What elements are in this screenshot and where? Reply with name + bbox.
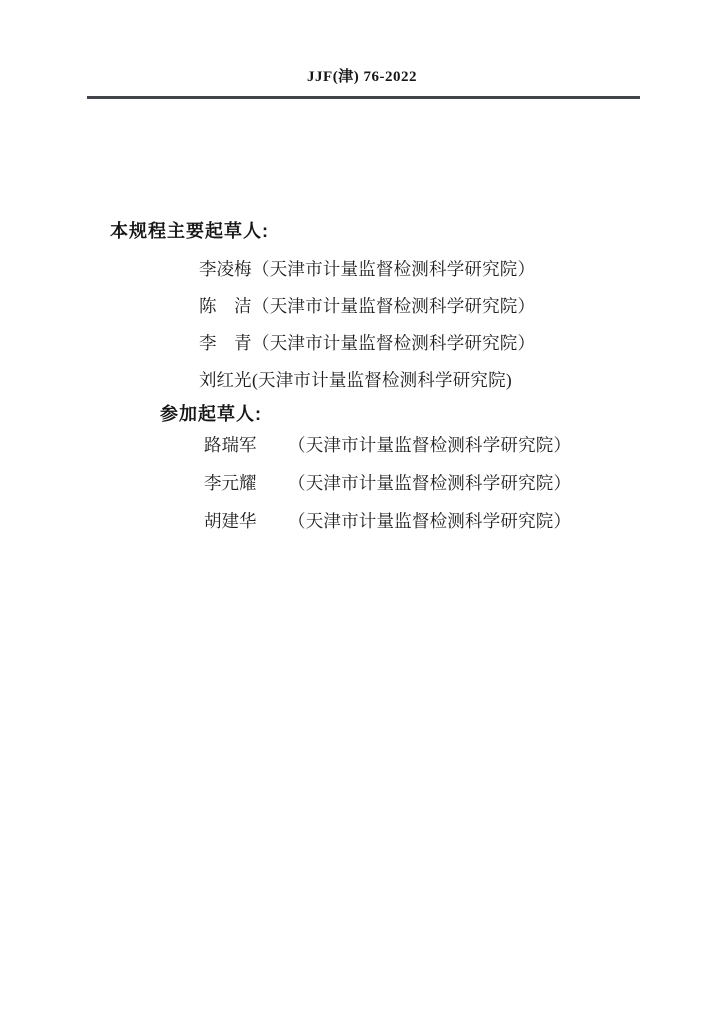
drafter-org: （天津市计量监督检测科学研究院）	[288, 511, 571, 531]
drafter-row: 胡建华（天津市计量监督检测科学研究院）	[204, 513, 571, 531]
drafter-name: 李元耀	[204, 475, 288, 493]
drafter-org: （天津市计量监督检测科学研究院）	[288, 473, 571, 493]
drafter-row: 陈 洁（天津市计量监督检测科学研究院）	[199, 298, 535, 316]
drafter-name: 陈 洁	[199, 298, 252, 316]
drafter-org: （天津市计量监督检测科学研究院）	[252, 296, 535, 316]
participating-drafters-heading: 参加起草人:	[160, 405, 262, 423]
header-divider	[87, 96, 640, 99]
drafter-row: 李元耀（天津市计量监督检测科学研究院）	[204, 475, 571, 493]
drafter-org: （天津市计量监督检测科学研究院）	[252, 259, 535, 279]
drafter-row: 路瑞军（天津市计量监督检测科学研究院）	[204, 437, 571, 455]
main-drafters-heading: 本规程主要起草人:	[110, 222, 269, 240]
drafter-row: 李凌梅（天津市计量监督检测科学研究院）	[199, 261, 535, 279]
drafter-org: （天津市计量监督检测科学研究院）	[252, 333, 535, 353]
drafter-name: 李凌梅	[199, 261, 252, 279]
drafter-row: 李 青（天津市计量监督检测科学研究院）	[199, 335, 535, 353]
drafter-name: 胡建华	[204, 513, 288, 531]
drafter-org: （天津市计量监督检测科学研究院）	[288, 435, 571, 455]
doc-number-header: JJF(津) 76-2022	[0, 70, 724, 85]
drafter-name: 李 青	[199, 335, 252, 353]
drafter-row: 刘红光(天津市计量监督检测科学研究院)	[199, 372, 512, 390]
drafter-name: 刘红光	[199, 372, 252, 390]
document-page: JJF(津) 76-2022 本规程主要起草人: 李凌梅（天津市计量监督检测科学…	[0, 0, 724, 1024]
drafter-org: (天津市计量监督检测科学研究院)	[252, 370, 512, 390]
drafter-name: 路瑞军	[204, 437, 288, 455]
